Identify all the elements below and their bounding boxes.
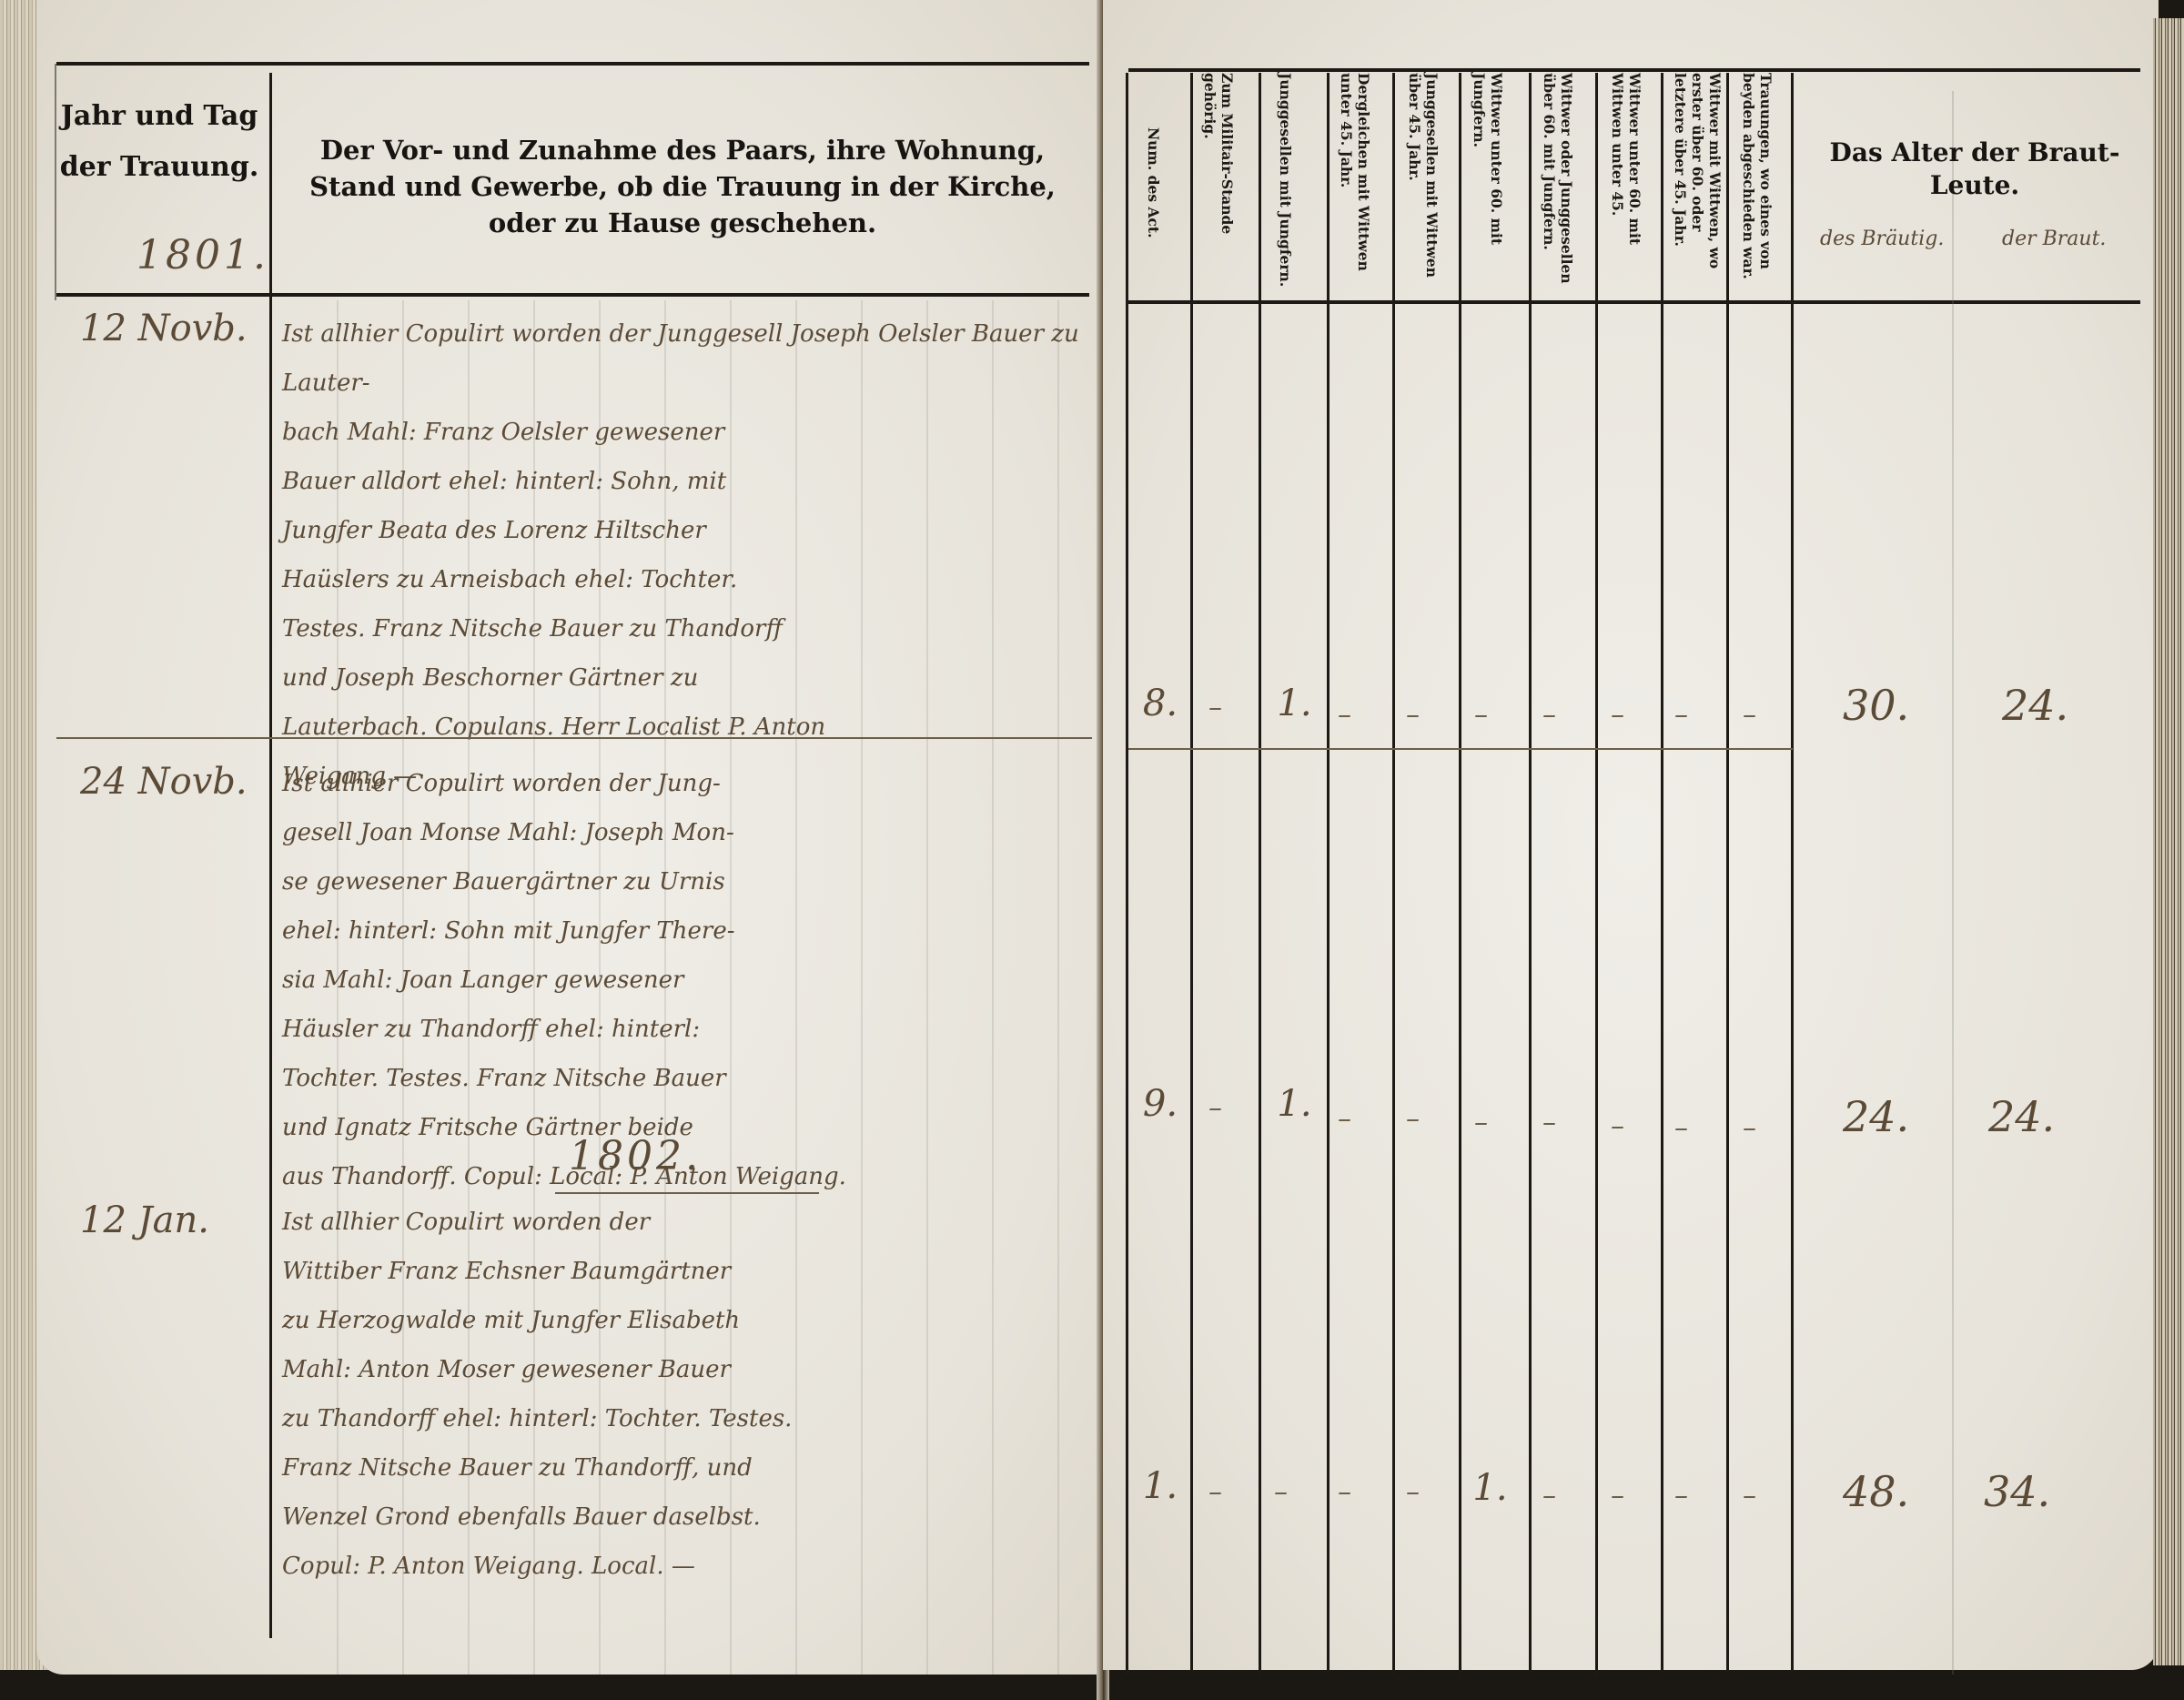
mark: –	[1338, 1476, 1351, 1508]
bottom-edge	[1133, 1675, 2134, 1676]
mark: –	[1743, 1112, 1756, 1144]
mark: 1.	[1269, 683, 1319, 724]
header-col-widower-widow-over: Wittwer mit Wittwen, wo erster über 60. …	[1672, 73, 1724, 291]
age-sub-groom: des Bräutig.	[1820, 228, 1944, 250]
column-rule	[1259, 73, 1261, 1675]
entry-date: 12 Novb.	[80, 308, 248, 349]
header-date-column: Jahr und Tag der Trauung.	[55, 91, 264, 193]
column-rule	[1726, 73, 1729, 1675]
mark: –	[1611, 699, 1624, 731]
header-col-widower-maiden: Wittwer unter 60. mit Jungfern.	[1471, 73, 1505, 291]
column-rule	[1190, 73, 1193, 1675]
mark: –	[1474, 1107, 1488, 1138]
mark: –	[1274, 1476, 1288, 1508]
entry-separator	[56, 737, 1092, 739]
mark: –	[1208, 692, 1222, 724]
age-split-rule	[1952, 91, 1954, 1675]
age-bride: 34.	[1984, 1467, 2050, 1516]
mark: –	[1743, 699, 1756, 731]
row-num: 1.	[1133, 1465, 1188, 1507]
column-rule	[1392, 73, 1395, 1675]
mark: –	[1406, 1476, 1420, 1508]
age-groom: 24.	[1843, 1092, 1909, 1141]
header-col-bachelor-maiden: Junggesellen mit Jungfern.	[1277, 73, 1294, 291]
mark: –	[1674, 1480, 1688, 1512]
mark: –	[1338, 699, 1351, 731]
entry-date: 24 Novb.	[80, 761, 248, 803]
header-col-bachelor-widow-under45: Dergleichen mit Wittwen unter 45. Jahr.	[1338, 73, 1372, 291]
age-groom: 30.	[1843, 681, 1909, 730]
mark: –	[1208, 1092, 1222, 1124]
date-column-divider	[269, 73, 272, 1638]
year-1802: 1802.	[569, 1133, 702, 1179]
mark: –	[1611, 1110, 1624, 1142]
column-rule	[1791, 73, 1794, 1675]
mark: –	[1542, 1480, 1556, 1512]
row-separator	[1128, 748, 1793, 750]
year-1801: 1801.	[136, 232, 269, 278]
header-bottom-rule	[1128, 300, 2140, 304]
year-underline	[555, 1192, 819, 1194]
mark: –	[1474, 699, 1488, 731]
entry-date: 12 Jan.	[80, 1199, 209, 1241]
header-col-divorced: Trauungen, wo eines von beyden abgeschie…	[1740, 73, 1774, 291]
column-rule	[1595, 73, 1598, 1675]
mark: –	[1208, 1476, 1222, 1508]
top-rule	[1128, 68, 2140, 72]
column-rule	[1459, 73, 1461, 1675]
row-num: 9.	[1133, 1083, 1188, 1125]
mark: –	[1542, 1107, 1556, 1138]
column-rule	[1529, 73, 1532, 1675]
header-col-over60-maiden: Wittwer oder Junggesellen über 60. mit J…	[1541, 73, 1575, 291]
header-bottom-rule	[56, 293, 1089, 297]
top-rule	[56, 62, 1089, 66]
age-groom: 48.	[1843, 1467, 1909, 1516]
mark: –	[1674, 699, 1688, 731]
entry-text: Ist allhier Copulirt worden der Junggese…	[282, 309, 1083, 801]
column-rule	[1126, 73, 1128, 1675]
mark: –	[1406, 699, 1420, 731]
age-bride: 24.	[1988, 1092, 2055, 1141]
mark: –	[1611, 1480, 1624, 1512]
mark: –	[1406, 1103, 1420, 1135]
header-num: Num. des Act.	[1145, 127, 1162, 273]
open-register-book: Jahr und Tag der Trauung. Der Vor- und Z…	[0, 0, 2184, 1700]
header-col-military: Zum Militair-Stande gehörig.	[1201, 73, 1236, 291]
mark: 1.	[1465, 1467, 1515, 1509]
mark: –	[1338, 1103, 1351, 1135]
column-rule	[1327, 73, 1330, 1675]
header-age: Das Alter der Braut-Leute.	[1811, 137, 2138, 202]
header-col-widower-widow-under45: Wittwer unter 60. mit Wittwen unter 45.	[1609, 73, 1643, 291]
header-col-bachelor-widow-over45: Junggesellen mit Wittwen über 45. Jahr.	[1406, 73, 1441, 291]
column-rule	[1661, 73, 1663, 1675]
mark: –	[1674, 1112, 1688, 1144]
entry-text: Ist allhier Copulirt worden der Wittiber…	[282, 1198, 1083, 1591]
header-couple-column: Der Vor- und Zunahme des Paars, ihre Woh…	[282, 132, 1083, 241]
mark: 1.	[1269, 1083, 1319, 1125]
age-sub-bride: der Braut.	[2002, 228, 2106, 250]
right-page-edges	[2153, 18, 2184, 1665]
mark: –	[1743, 1480, 1756, 1512]
row-num: 8.	[1133, 683, 1188, 724]
mark: –	[1542, 699, 1556, 731]
age-bride: 24.	[2002, 681, 2068, 730]
